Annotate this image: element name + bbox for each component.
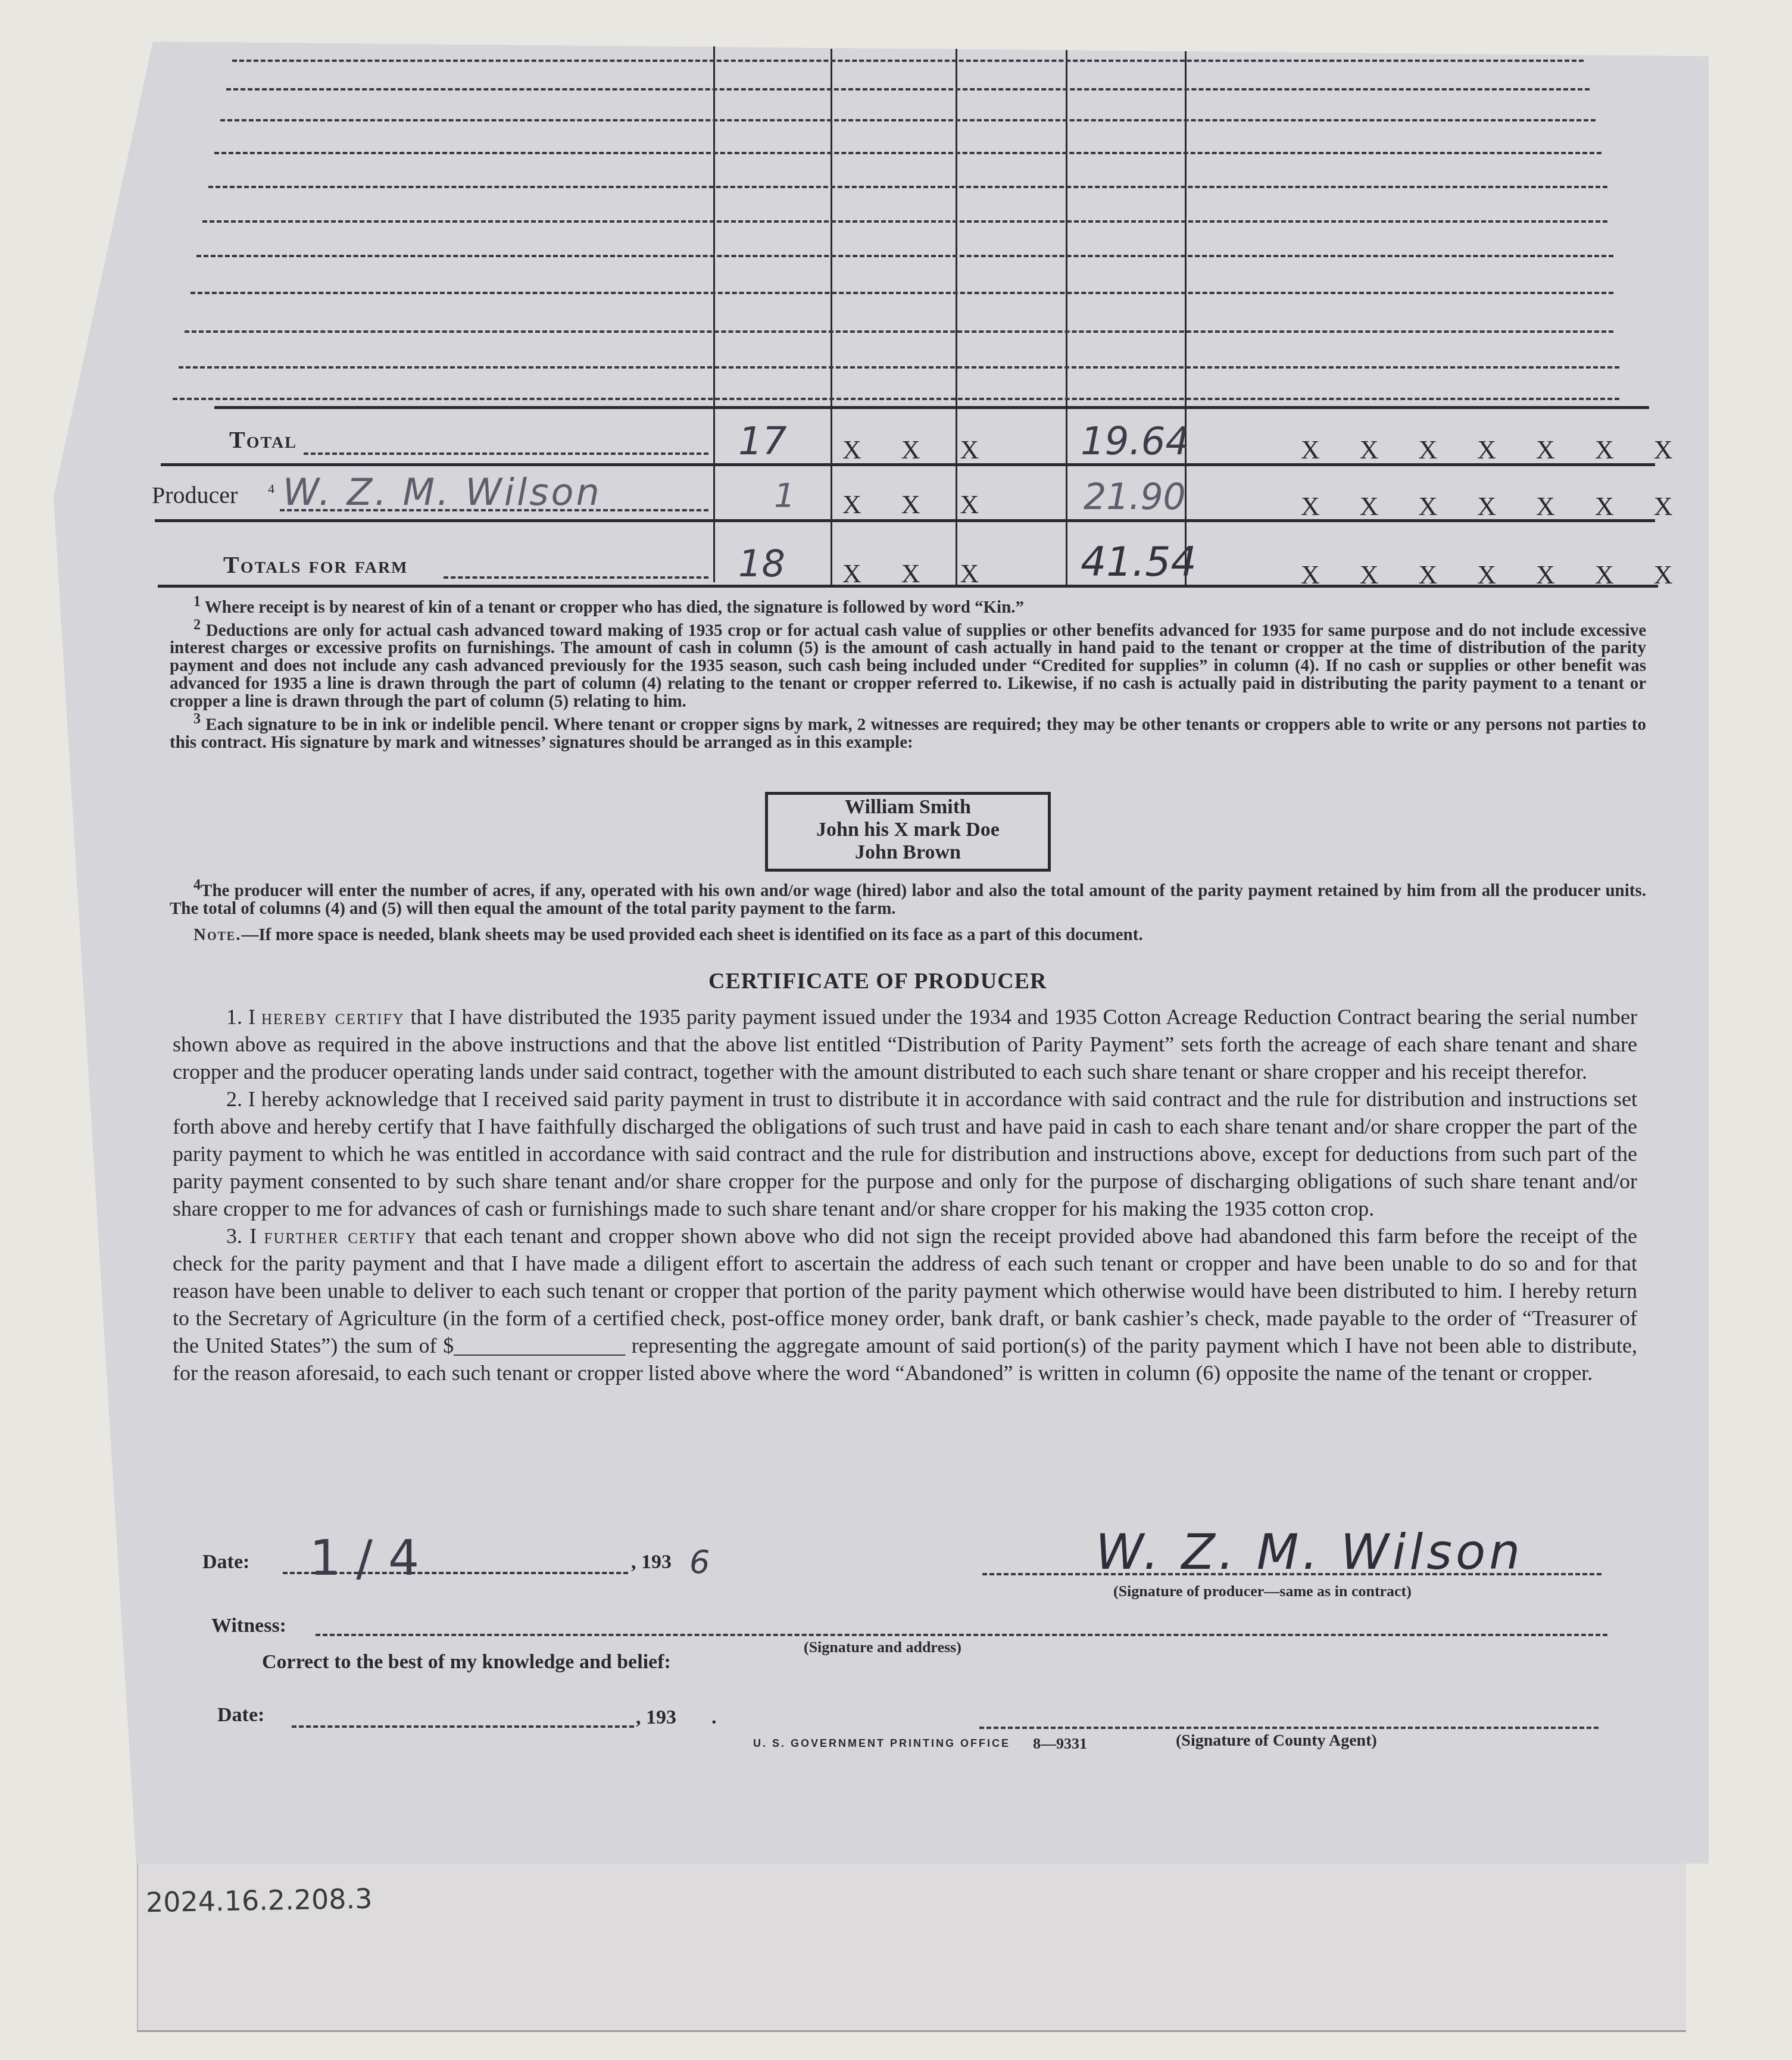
producer-acres: 1 xyxy=(774,476,795,515)
row-label-producer: Producer xyxy=(152,481,238,509)
producer-signature: W. Z. M. Wilson xyxy=(1095,1524,1523,1581)
p1-lead: 1. I xyxy=(226,1005,261,1029)
column-divider-5 xyxy=(1066,50,1067,586)
signature-by-mark-example: William Smith John his X mark Doe John B… xyxy=(765,792,1051,872)
county-agent-caption: (Signature of County Agent) xyxy=(1176,1731,1377,1750)
form-number: 8—9331 xyxy=(1033,1735,1087,1753)
witness-signature-line[interactable] xyxy=(316,1634,1607,1636)
note-text: —If more space is needed, blank sheets m… xyxy=(241,925,1142,944)
blank-row-line xyxy=(173,398,1619,400)
note-label: Note. xyxy=(193,925,241,944)
fill-line xyxy=(444,576,708,579)
column-divider-2 xyxy=(713,46,715,582)
blank-row-line xyxy=(220,119,1596,121)
footnote-3-text: Each signature to be in ink or indelible… xyxy=(170,715,1646,752)
blank-row-line xyxy=(202,220,1607,223)
date-label: Date: xyxy=(202,1551,249,1574)
producer-name-handwritten: W. Z. M. Wilson xyxy=(283,470,602,514)
blank-row-line xyxy=(226,88,1590,90)
table-rule xyxy=(158,585,1658,588)
footnotes-block: 1 Where receipt is by nearest of kin of … xyxy=(170,593,1646,751)
certificate-paragraph-2: 2. I hereby acknowledge that I received … xyxy=(173,1085,1637,1222)
date-handwritten: 1 / 4 xyxy=(310,1530,419,1587)
p1-caps: hereby certify xyxy=(261,1005,405,1029)
fill-line xyxy=(304,452,708,455)
date2-year: , 193 xyxy=(636,1706,676,1729)
producer-col6-x: X X X X X X X xyxy=(1301,491,1689,522)
producer-amount: 21.90 xyxy=(1084,476,1186,518)
example-line-2: John his X mark Doe xyxy=(768,819,1048,841)
footnote-4: 4The producer will enter the number of a… xyxy=(170,876,1646,917)
farm-total-acres: 18 xyxy=(738,542,785,585)
accession-number: 2024.16.2.208.3 xyxy=(146,1883,373,1919)
p3-text: that each tenant and cropper shown above… xyxy=(173,1224,1637,1385)
certificate-body: 1. I hereby certify that I have distribu… xyxy=(173,1003,1637,1387)
producer-signature-caption: (Signature of producer—same as in contra… xyxy=(1113,1583,1412,1600)
example-line-3: John Brown xyxy=(768,841,1048,864)
table-rule xyxy=(161,463,1655,466)
year-prefix: , 193 xyxy=(631,1551,672,1574)
blank-row-line xyxy=(185,330,1613,333)
blank-row-line xyxy=(208,186,1607,188)
p3-lead: 3. I xyxy=(226,1224,264,1248)
total-amount: 19.64 xyxy=(1081,420,1190,464)
table-rule xyxy=(155,519,1655,522)
date2-field-line[interactable] xyxy=(292,1725,634,1728)
witness-label: Witness: xyxy=(211,1615,286,1637)
total-acres: 17 xyxy=(738,420,786,464)
blank-row-line xyxy=(232,60,1584,62)
table-rule xyxy=(214,406,1649,409)
example-line-1: William Smith xyxy=(768,796,1048,819)
certificate-paragraph-1: 1. I hereby certify that I have distribu… xyxy=(173,1003,1637,1085)
column-divider-3 xyxy=(831,49,832,585)
form-content: Total 17 X X X 19.64 X X X X X X X Produ… xyxy=(0,0,1792,2060)
blank-row-line xyxy=(214,152,1601,154)
footnote-4-text: The producer will enter the number of ac… xyxy=(170,881,1646,918)
county-agent-signature-line[interactable] xyxy=(979,1727,1599,1729)
correct-statement: Correct to the best of my knowledge and … xyxy=(262,1651,671,1674)
footnote-3: 3 Each signature to be in ink or indelib… xyxy=(170,710,1646,751)
footnote-2: 2 Deductions are only for actual cash ad… xyxy=(170,616,1646,711)
farm-total-amount: 41.54 xyxy=(1081,539,1197,586)
row-label-total: Total xyxy=(229,426,297,454)
total-col3-x: X X X xyxy=(842,435,995,465)
producer-col3-x: X X X xyxy=(842,489,995,520)
year-handwritten: 6 xyxy=(689,1543,710,1581)
certificate-paragraph-3: 3. I further certify that each tenant an… xyxy=(173,1222,1637,1387)
blank-row-line xyxy=(179,366,1619,369)
date2-label: Date: xyxy=(217,1704,264,1727)
footnote-4-block: 4The producer will enter the number of a… xyxy=(170,876,1646,944)
footnote-1-text: Where receipt is by nearest of kin of a … xyxy=(205,598,1024,617)
total-col6-x: X X X X X X X xyxy=(1301,435,1689,465)
witness-caption: (Signature and address) xyxy=(804,1638,961,1656)
note: Note.—If more space is needed, blank she… xyxy=(170,926,1646,944)
certificate-title: CERTIFICATE OF PRODUCER xyxy=(708,968,1047,994)
blank-row-line xyxy=(196,255,1613,257)
printer-imprint: U. S. GOVERNMENT PRINTING OFFICE xyxy=(753,1737,1010,1750)
footnote-2-text: Deductions are only for actual cash adva… xyxy=(170,620,1646,711)
p3-caps: further certify xyxy=(264,1224,417,1248)
blank-row-line xyxy=(191,292,1613,294)
footnote-ref-4: 4 xyxy=(268,481,274,497)
date2-period: . xyxy=(711,1706,717,1729)
row-label-totals-for-farm: Totals for farm xyxy=(223,551,408,579)
footnote-1: 1 Where receipt is by nearest of kin of … xyxy=(170,593,1646,616)
fill-line xyxy=(280,509,708,511)
